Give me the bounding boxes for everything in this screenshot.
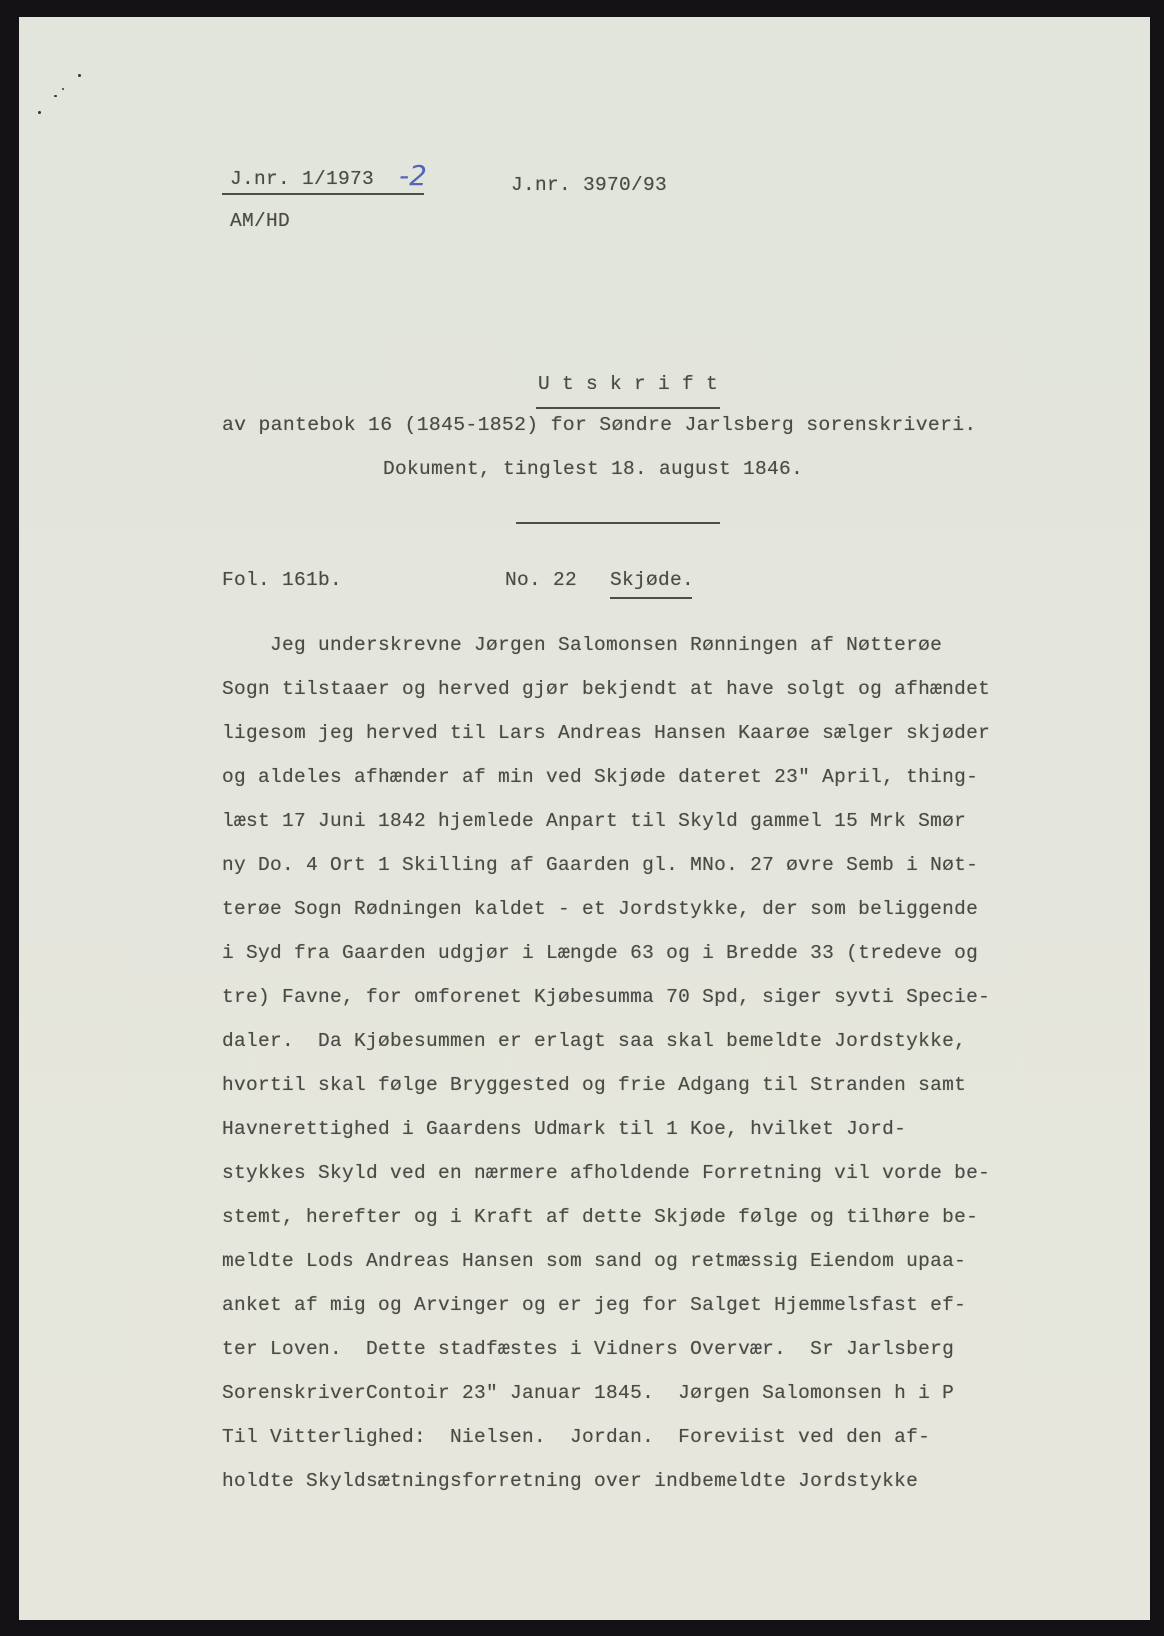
body-line: Jeg underskrevne Jørgen Salomonsen Rønni… xyxy=(222,636,942,656)
body-line: SorenskriverContoir 23" Januar 1845. Jør… xyxy=(222,1384,954,1404)
section-divider xyxy=(516,522,720,524)
journal-number-underline xyxy=(222,193,424,195)
document-title: U t s k r i f t xyxy=(538,375,718,395)
document-page: J.nr. 1/1973 -2 J.nr. 3970/93 AM/HD U t … xyxy=(19,17,1150,1620)
body-line: og aldeles afhænder af min ved Skjøde da… xyxy=(222,768,978,788)
body-line: ny Do. 4 Ort 1 Skilling af Gaarden gl. M… xyxy=(222,856,978,876)
journal-number-right: J.nr. 3970/93 xyxy=(511,176,667,196)
entry-number: No. 22 xyxy=(505,571,577,591)
stray-mark xyxy=(38,111,41,114)
body-line: tre) Favne, for omforenet Kjøbesumma 70 … xyxy=(222,988,990,1008)
body-line: læst 17 Juni 1842 hjemlede Anpart til Sk… xyxy=(222,812,966,832)
initials: AM/HD xyxy=(230,212,290,232)
body-line: terøe Sogn Rødningen kaldet - et Jordsty… xyxy=(222,900,978,920)
stray-mark xyxy=(54,95,57,97)
body-line: hvortil skal følge Bryggested og frie Ad… xyxy=(222,1076,966,1096)
body-line: Havnerettighed i Gaardens Udmark til 1 K… xyxy=(222,1120,906,1140)
body-line: holdte Skyldsætningsforretning over indb… xyxy=(222,1472,918,1492)
stray-mark xyxy=(62,88,64,90)
body-line: Sogn tilstaaer og herved gjør bekjendt a… xyxy=(222,680,990,700)
body-line: meldte Lods Andreas Hansen som sand og r… xyxy=(222,1252,966,1272)
title-underline xyxy=(536,407,720,409)
body-line: daler. Da Kjøbesummen er erlagt saa skal… xyxy=(222,1032,966,1052)
folio-number: Fol. 161b. xyxy=(222,571,342,591)
body-line: stemt, herefter og i Kraft af dette Skjø… xyxy=(222,1208,978,1228)
body-line: ligesom jeg herved til Lars Andreas Hans… xyxy=(222,724,990,744)
body-line: anket af mig og Arvinger og er jeg for S… xyxy=(222,1296,966,1316)
document-type-underline xyxy=(610,597,692,599)
body-line: Til Vitterlighed: Nielsen. Jordan. Forev… xyxy=(222,1428,930,1448)
handwritten-suffix: -2 xyxy=(399,162,427,190)
subtitle-line-2: Dokument, tinglest 18. august 1846. xyxy=(383,460,803,480)
body-line: i Syd fra Gaarden udgjør i Længde 63 og … xyxy=(222,944,978,964)
subtitle-line-1: av pantebok 16 (1845-1852) for Søndre Ja… xyxy=(222,416,977,436)
body-line: stykkes Skyld ved en nærmere afholdende … xyxy=(222,1164,990,1184)
stray-mark xyxy=(78,74,81,77)
journal-number-left: J.nr. 1/1973 xyxy=(230,170,374,190)
document-type: Skjøde. xyxy=(610,571,694,591)
body-line: ter Loven. Dette stadfæstes i Vidners Ov… xyxy=(222,1340,954,1360)
